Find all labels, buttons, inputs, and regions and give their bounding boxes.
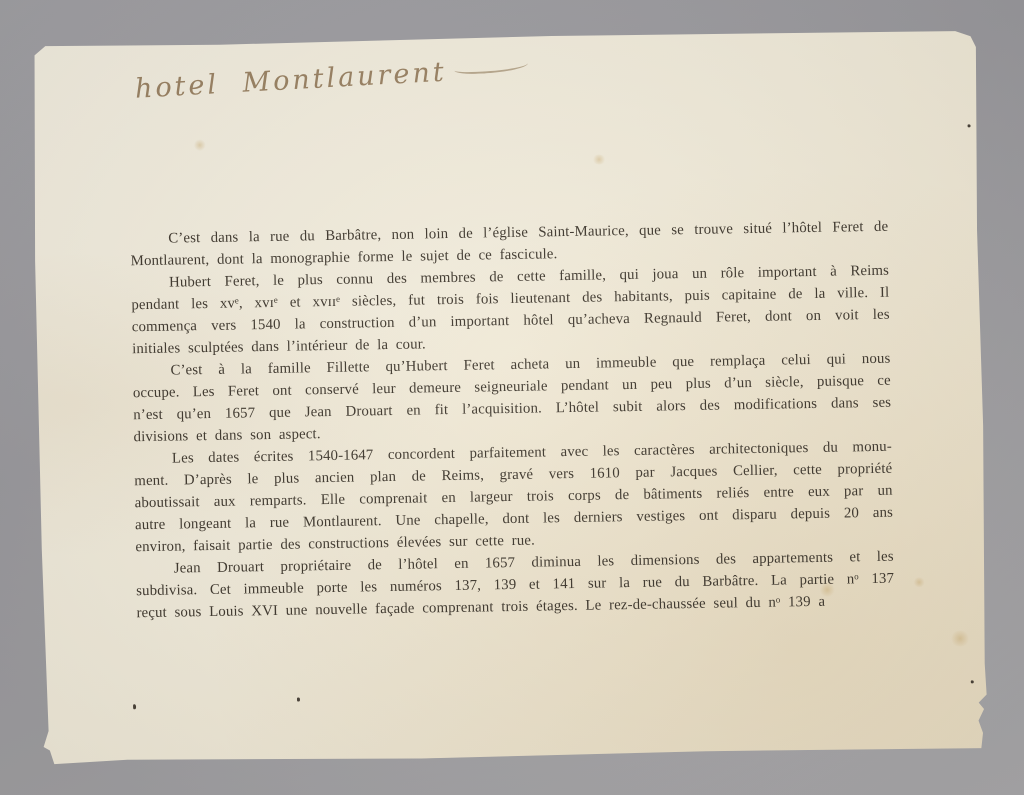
- handwritten-annotation: hotel Montlaurent: [134, 52, 529, 105]
- paragraph-5: Jean Drouart propriétaire de l’hôtel en …: [136, 546, 895, 625]
- paragraph-2: Hubert Feret, le plus connu des membres …: [131, 260, 890, 361]
- foxing-stain: [592, 154, 606, 164]
- paragraph-3: C’est à la famille Fillette qu’Hubert Fe…: [132, 348, 891, 449]
- document-text: C’est dans la rue du Barbâtre, non loin …: [130, 216, 894, 625]
- foxing-stain: [194, 139, 206, 151]
- ink-speck: [971, 680, 974, 683]
- foxing-stain: [950, 630, 970, 646]
- paragraph-4: Les dates écrites 1540-1647 concordent p…: [134, 436, 894, 559]
- ink-speck: [297, 698, 300, 702]
- scan-background: hotel Montlaurent C’est dans la rue du B…: [0, 0, 1024, 795]
- ink-speck: [968, 124, 971, 127]
- document-page: hotel Montlaurent C’est dans la rue du B…: [30, 28, 990, 766]
- ink-speck: [133, 704, 136, 709]
- foxing-stain: [913, 577, 925, 587]
